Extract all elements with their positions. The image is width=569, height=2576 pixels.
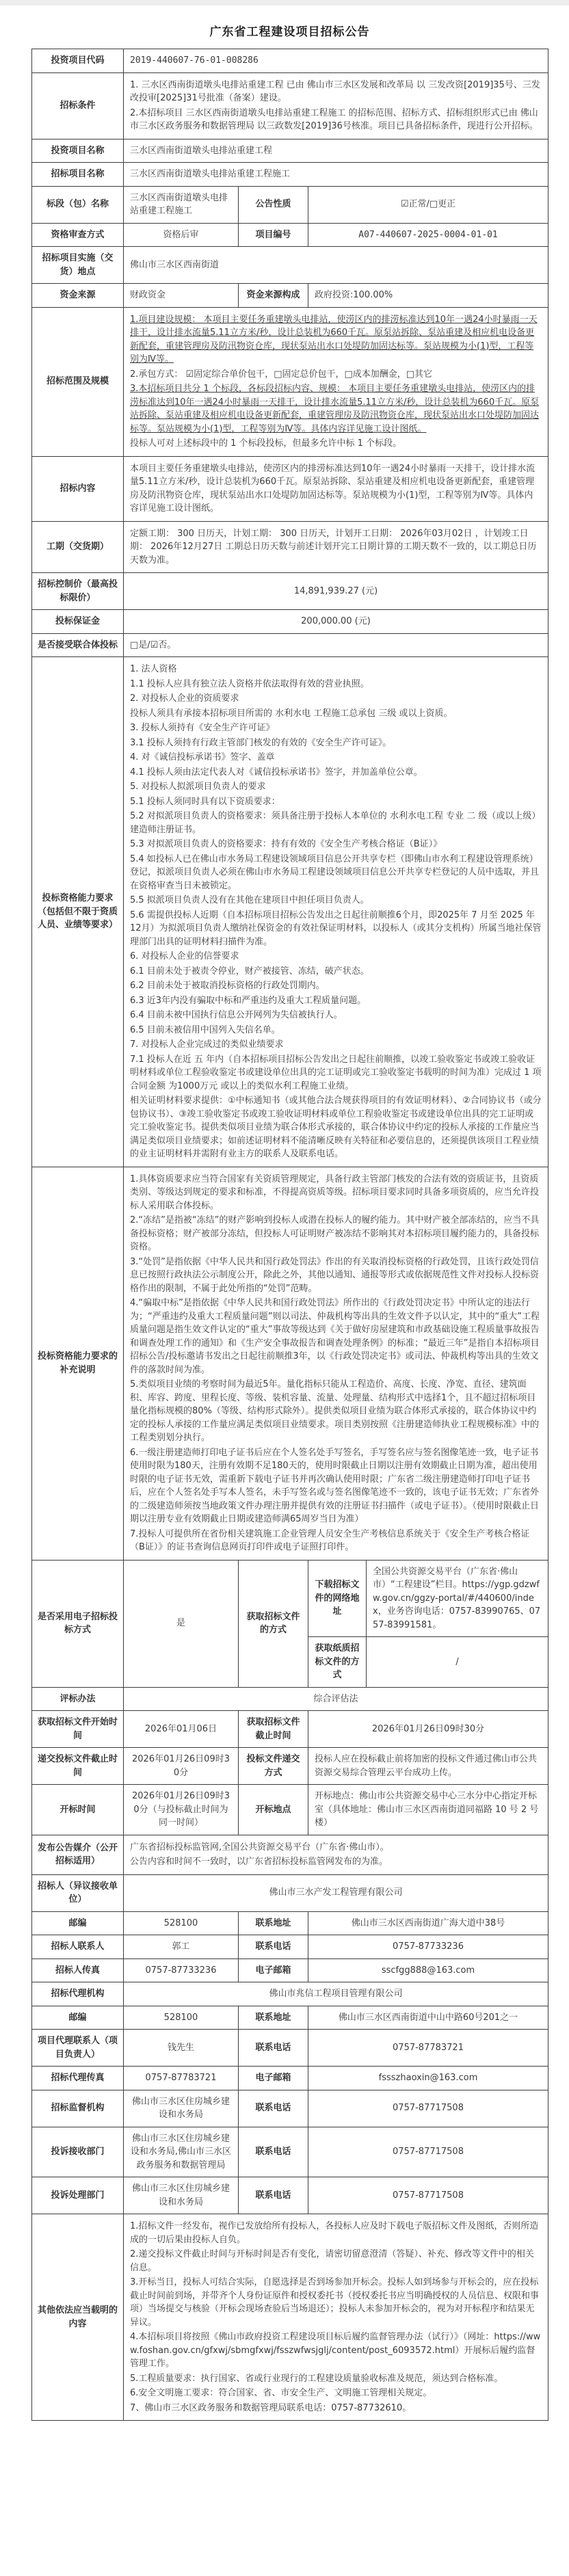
table-row: 招标人联系人 郭工 联系电话 0757-87733236 <box>32 1935 548 1959</box>
fund-composition-value: 政府投资:100.00% <box>308 284 548 308</box>
row-label: 获取招标文件的方式 <box>239 1560 308 1687</box>
tenderer-postcode-value: 528100 <box>124 1911 239 1935</box>
tender-project-name-value: 三水区西南街道墩头电排站重建工程施工 <box>124 163 548 187</box>
table-row: 是否接受联合体投标 □是/☑否。 <box>32 633 548 657</box>
row-label: 标段（包）名称 <box>32 186 124 223</box>
project-code-value: 2019-440607-76-01-008286 <box>124 49 548 73</box>
row-label: 下载招标文件的网络地址 <box>308 1560 367 1637</box>
table-row: 邮编 528100 联系地址 佛山市三水区西南街道中山中路60号201之一 <box>32 2006 548 2030</box>
paragraph: 3.“处罚”是指依据《中华人民共和国行政处罚法》作出的有关取消投标资格的行政处罚… <box>130 1255 542 1297</box>
table-row: 招标内容 本项目主要任务重建墩头电排站，使涝区内的排涝标准达到10年一遇24小时… <box>32 456 548 521</box>
complaint-receive-phone-value: 0757-87717508 <box>308 2127 548 2177</box>
paragraph: 2.递交投标文件截止时间与开标时间是否有变化，请密切留意澄清（答疑）、补充、修改… <box>130 2247 542 2275</box>
table-row: 投资项目名称 三水区西南街道墩头电排站重建工程 <box>32 139 548 163</box>
paragraph: 6.1 目前未处于被责令停业，财产被接管、冻结，破产状态。 <box>130 964 542 979</box>
paragraph: 1. 三水区西南街道墩头电排站重建工程 已由 佛山市三水区发展和改革局 以 三发… <box>130 78 542 106</box>
table-row: 其他依法应当载明的内容 1.招标文件一经发布，视作已发放给所有投标人，各投标人应… <box>32 2214 548 2421</box>
row-label: 开标地点 <box>239 1785 308 1835</box>
table-row: 招标范围及规模 1.项目建设规模： 本项目主要任务重建墩头电排站，使涝区内的排涝… <box>32 307 548 456</box>
paragraph: 1.项目建设规模： 本项目主要任务重建墩头电排站，使涝区内的排涝标准达到10年一… <box>130 313 542 367</box>
row-label: 公告性质 <box>239 186 308 223</box>
qualification-requirements-content: 1. 法人资格1.1 投标人应具有独立法人资格并依法取得有效的营业执照。2. 对… <box>124 657 548 1167</box>
row-label: 资金来源构成 <box>239 284 308 308</box>
row-label: 电子邮箱 <box>239 2067 308 2090</box>
table-row: 递交投标文件截止时间 2026年01月26日09时30分 投标文件递交方式 投标… <box>32 1748 548 1785</box>
row-label: 投诉处理部门 <box>32 2177 124 2214</box>
table-row: 招标人（异议接收单位） 佛山市三水产发工程管理有限公司 <box>32 1874 548 1911</box>
paragraph: 2. 对投标人企业的资质要求 <box>130 691 542 706</box>
page-top-strip <box>0 0 569 5</box>
paragraph: 5.3 对拟派项目负责人的资格要求：持有有效的《安全生产考核合格证（B证）》 <box>130 837 542 852</box>
row-label: 获取招标文件截止时间 <box>239 1711 308 1748</box>
paragraph: 5.5 拟派项目负责人没有在其他在建项目中担任项目负责人。 <box>130 893 542 908</box>
agency-email-value: fssszhaoxin@163.com <box>308 2067 548 2090</box>
row-label: 投标保证金 <box>32 610 124 634</box>
row-label: 招标项目名称 <box>32 163 124 187</box>
paragraph: 1. 法人资格 <box>130 662 542 677</box>
paragraph: 3.本招标项目共分 1 个标段，各标段招标内容、规模： 本项目主要任务重建墩头电… <box>130 382 542 436</box>
consortium-value: □是/☑否。 <box>124 633 548 657</box>
table-row: 招标控制价（最高投标限价） 14,891,939.27 (元) <box>32 573 548 610</box>
paragraph: 5.类似项目业绩的考察时间为最近5年。量化指标只能从工程造价、高度、长度、净宽、… <box>130 1377 542 1446</box>
table-row: 投资项目代码 2019-440607-76-01-008286 <box>32 49 548 73</box>
table-row: 投诉接收部门 佛山市三水区住房城乡建设和水务局,佛山市三水区政务服务和数据管理局… <box>32 2127 548 2177</box>
announcement-nature-value: ☑正常/□更正 <box>308 186 548 223</box>
row-label: 联系电话 <box>239 2127 308 2177</box>
row-label: 招标内容 <box>32 456 124 521</box>
section-name-value: 三水区西南街道墩头电排站重建工程施工 <box>124 186 239 223</box>
table-row: 资金来源 财政资金 资金来源构成 政府投资:100.00% <box>32 284 548 308</box>
paper-document-value: / <box>367 1637 548 1688</box>
row-label: 发布公告媒介（公开招标适用） <box>32 1835 124 1874</box>
announcement-table: 投资项目代码 2019-440607-76-01-008286 招标条件 1. … <box>31 49 548 2421</box>
row-label: 招标代理传真 <box>32 2067 124 2090</box>
table-row: 发布公告媒介（公开招标适用） 广东省招标投标监管网,全国公共资源交易平台（广东省… <box>32 1835 548 1874</box>
paragraph: 投标人须具有承接本招标项目所需的 水利水电 工程施工总承包 三级 或以上资质。 <box>130 706 542 721</box>
row-label: 招标人传真 <box>32 1958 124 1982</box>
agency-postcode-value: 528100 <box>124 2006 239 2030</box>
paragraph: 2.本招标项目 三水区西南街道墩头电排站重建工程施工 的招标范围、招标方式、招标… <box>130 106 542 134</box>
row-label: 联系电话 <box>239 1935 308 1959</box>
paragraph: 4.“骗取中标”是指依据《中华人民共和国行政处罚法》所作出的《行政处罚决定书》中… <box>130 1296 542 1377</box>
opening-time-value: 2026年01月26日09时30分（与投标截止时间为同一时间） <box>124 1785 239 1835</box>
row-label: 招标范围及规模 <box>32 307 124 456</box>
other-content: 1.招标文件一经发布，视作已发放给所有投标人，各投标人应及时下载电子版招标文件及… <box>124 2214 548 2421</box>
paragraph: 相关证明材料要求提供：①中标通知书（或其他合法合规获得项目的有效证明材料）、②合… <box>130 1093 542 1162</box>
opening-place-value: 开标地点：佛山市公共资源交易中心三水分中心指定开标室（具体地址：佛山市三水区西南… <box>308 1785 548 1835</box>
tenderer-fax-value: 0757-87733236 <box>124 1958 239 1982</box>
qualification-review-value: 资格后审 <box>124 223 239 247</box>
paragraph: 6.2 目前未处于被取消投标资格的行政处罚期内。 <box>130 979 542 994</box>
row-label: 资金来源 <box>32 284 124 308</box>
paragraph: 公告内容和时间不一致时，以广东省招标投标监管网发布的为准。 <box>130 1855 542 1870</box>
paragraph: 5.1 投标人须同时具有以下资质要求： <box>130 795 542 810</box>
row-label: 投标资格能力要求（包括但不限于资质人员、业绩等要求） <box>32 657 124 1167</box>
paragraph: 1.1 投标人应具有独立法人资格并依法取得有效的营业执照。 <box>130 677 542 692</box>
table-row: 招标监督机构 佛山市三水区住房城乡建设和水务局 联系电话 0757-877175… <box>32 2090 548 2127</box>
table-row: 开标时间 2026年01月26日09时30分（与投标截止时间为同一时间） 开标地… <box>32 1785 548 1835</box>
table-row: 招标条件 1. 三水区西南街道墩头电排站重建工程 已由 佛山市三水区发展和改革局… <box>32 72 548 139</box>
paragraph: 7.1 投标人在近 五 年内（自本招标项目招标公告发出之日起往前顺推，以竣工验收… <box>130 1052 542 1094</box>
row-label: 招标条件 <box>32 72 124 139</box>
table-row: 邮编 528100 联系地址 佛山市三水区西南街道广海大道中38号 <box>32 1911 548 1935</box>
paragraph: 6.5 目前未被信用中国列入失信名单。 <box>130 1023 542 1038</box>
paragraph: 5. 对投标人拟派项目负责人的要求 <box>130 780 542 795</box>
doc-obtain-start-value: 2026年01月06日 <box>124 1711 239 1748</box>
page-title: 广东省工程建设项目招标公告 <box>31 22 548 39</box>
row-label: 投资项目代码 <box>32 49 124 73</box>
location-value: 佛山市三水区西南街道 <box>124 247 548 284</box>
complaint-handle-phone-value: 0757-87717508 <box>308 2177 548 2214</box>
row-label: 招标控制价（最高投标限价） <box>32 573 124 610</box>
table-row: 招标项目名称 三水区西南街道墩头电排站重建工程施工 <box>32 163 548 187</box>
bid-bond-value: 200,000.00 (元) <box>124 610 548 634</box>
row-label: 邮编 <box>32 2006 124 2030</box>
row-label: 招标人（异议接收单位） <box>32 1874 124 1911</box>
row-label: 招标项目实施（交货）地点 <box>32 247 124 284</box>
project-number-value: A07-440607-2025-0004-01-01 <box>308 223 548 247</box>
table-row: 评标办法 综合评估法 <box>32 1687 548 1711</box>
row-label: 招标代理机构 <box>32 1982 124 2006</box>
duration-content: 定额工期： 300 日历天，计划工期： 300 日历天，计划开工日期： 2026… <box>124 521 548 573</box>
agency-phone-value: 0757-87783721 <box>308 2030 548 2067</box>
table-row: 投标保证金 200,000.00 (元) <box>32 610 548 634</box>
table-row: 招标人传真 0757-87733236 电子邮箱 sscfgg888@163.c… <box>32 1958 548 1982</box>
paragraph: 1.具体资质要求应当符合国家有关资质管理规定，具备行政主管部门核发的合法有效的资… <box>130 1172 542 1214</box>
row-label: 工期（交货期） <box>32 521 124 573</box>
row-label: 评标办法 <box>32 1687 124 1711</box>
agency-fax-value: 0757-87783721 <box>124 2067 239 2090</box>
paragraph: 7. 对投标人企业完成过的类似业绩要求 <box>130 1037 542 1052</box>
paragraph: 3.开标当日，投标人可结合实际，自愿选择是否到场参加开标会。投标人如到场参与开标… <box>130 2275 542 2330</box>
electronic-bidding-value: 是 <box>124 1560 239 1687</box>
tenderer-address-value: 佛山市三水区西南街道广海大道中38号 <box>308 1911 548 1935</box>
table-row: 标段（包）名称 三水区西南街道墩头电排站重建工程施工 公告性质 ☑正常/□更正 <box>32 186 548 223</box>
paragraph: 投标人可对上述标段中的 1 个标段投标，但最多允许中标 1 个标段。 <box>130 436 542 451</box>
paragraph: 6.安全文明施工要求：符合国家、省、市安全生产、文明施工管理相关规定。 <box>130 2386 542 2401</box>
table-row: 招标代理机构 佛山市兆信工程项目管理有限公司 <box>32 1982 548 2006</box>
agency-contact-value: 钱先生 <box>124 2030 239 2067</box>
paragraph: 3.1 投标人须持有行政主管部门核发的有效的《安全生产许可证》。 <box>130 736 542 751</box>
table-row: 项目代理联系人（项目负责人） 钱先生 联系电话 0757-87783721 <box>32 2030 548 2067</box>
row-label: 联系电话 <box>239 2090 308 2127</box>
paragraph: 7.投标人可提供所在省份相关建筑施工企业管理人员安全生产考核信息系统关于《安全生… <box>130 1527 542 1555</box>
row-label: 递交投标文件截止时间 <box>32 1748 124 1785</box>
tender-scope-content: 1.项目建设规模： 本项目主要任务重建墩头电排站，使涝区内的排涝标准达到10年一… <box>124 307 548 456</box>
paragraph: 广东省招标投标监管网,全国公共资源交易平台（广东省·佛山市）。 <box>130 1840 542 1855</box>
row-label: 投诉接收部门 <box>32 2127 124 2177</box>
paragraph: 6.3 近3年内没有骗取中标和严重违约及重大工程质量问题。 <box>130 994 542 1009</box>
row-label: 项目编号 <box>239 223 308 247</box>
invest-project-name-value: 三水区西南街道墩头电排站重建工程 <box>124 139 548 163</box>
paragraph: 7、佛山市三水区政务服务和数据管理局联系电话：0757-87732610。 <box>130 2401 542 2416</box>
row-label: 其他依法应当载明的内容 <box>32 2214 124 2421</box>
table-row: 投诉处理部门 佛山市三水区住房城乡建设和水务局 联系电话 0757-877175… <box>32 2177 548 2214</box>
paragraph: 6.一级注册建造师打印电子证书后应在个人签名处手写签名，手写签名应与签名图像笔迹… <box>130 1446 542 1527</box>
paragraph: 5.6 需提供投标人近期（自本招标项目招标公告发出之日起往前顺推6个月，即202… <box>130 908 542 950</box>
row-label: 招标监督机构 <box>32 2090 124 2127</box>
paragraph: 5.2 对拟派项目负责人的资格要求：须具备注册于投标人本单位的 水利水电工程 专… <box>130 809 542 837</box>
table-row: 投标资格能力要求的补充说明 1.具体资质要求应当符合国家有关资质管理规定，具备行… <box>32 1167 548 1560</box>
tender-content-content: 本项目主要任务重建墩头电排站，使涝区内的排涝标准达到10年一遇24小时暴雨一天排… <box>124 456 548 521</box>
table-row: 资格审查方式 资格后审 项目编号 A07-440607-2025-0004-01… <box>32 223 548 247</box>
row-label: 联系地址 <box>239 1911 308 1935</box>
row-label: 投标文件递交方式 <box>239 1748 308 1785</box>
row-label: 是否采用电子招标投标方式 <box>32 1560 124 1687</box>
paragraph: 4. 对《诚信投标承诺书》签字、盖章 <box>130 750 542 765</box>
table-row: 工期（交货期） 定额工期： 300 日历天，计划工期： 300 日历天，计划开工… <box>32 521 548 573</box>
table-row: 获取招标文件开始时间 2026年01月06日 获取招标文件截止时间 2026年0… <box>32 1711 548 1748</box>
table-row: 投标资格能力要求（包括但不限于资质人员、业绩等要求） 1. 法人资格1.1 投标… <box>32 657 548 1167</box>
agency-address-value: 佛山市三水区西南街道中山中路60号201之一 <box>308 2006 548 2030</box>
paragraph: 2.承包方式： ☑固定综合单价包干，□固定总价包干，□成本加酬金，□其它 <box>130 367 542 382</box>
row-label: 联系地址 <box>239 2006 308 2030</box>
row-label: 投标资格能力要求的补充说明 <box>32 1167 124 1560</box>
paragraph: 定额工期： 300 日历天，计划工期： 300 日历天，计划开工日期： 2026… <box>130 527 542 568</box>
row-label: 招标人联系人 <box>32 1935 124 1959</box>
paragraph: 3. 投标人须持有《安全生产许可证》 <box>130 721 542 736</box>
qualification-notes-content: 1.具体资质要求应当符合国家有关资质管理规定，具备行政主管部门核发的合法有效的资… <box>124 1167 548 1560</box>
control-price-value: 14,891,939.27 (元) <box>124 573 548 610</box>
tender-announcement-document: 广东省工程建设项目招标公告 投资项目代码 2019-440607-76-01-0… <box>0 5 569 2441</box>
paragraph: 本项目主要任务重建墩头电排站，使涝区内的排涝标准达到10年一遇24小时暴雨一天排… <box>130 462 542 516</box>
paragraph: 5.4 如投标人已在佛山市水务局工程建设领域项目信息公开共享专栏（即佛山市水利工… <box>130 852 542 894</box>
tenderer-phone-value: 0757-87733236 <box>308 1935 548 1959</box>
row-label: 获取招标文件开始时间 <box>32 1711 124 1748</box>
submission-method-value: 投标人应在投标截止前将加密的投标文件通过佛山市公共资源交易综合管理云平台成功上传… <box>308 1748 548 1785</box>
row-label: 邮编 <box>32 1911 124 1935</box>
paragraph: 6.4 目前未被中国执行信息公开网列为失信被执行人。 <box>130 1008 542 1023</box>
row-label: 资格审查方式 <box>32 223 124 247</box>
complaint-receive-value: 佛山市三水区住房城乡建设和水务局,佛山市三水区政务服务和数据管理局 <box>124 2127 239 2177</box>
supervision-org-value: 佛山市三水区住房城乡建设和水务局 <box>124 2090 239 2127</box>
doc-obtain-end-value: 2026年01月26日09时30分 <box>308 1711 548 1748</box>
paragraph: 2.“冻结”是指被“冻结”的财产影响到投标人或潜在投标人的履约能力。其中财产被全… <box>130 1213 542 1255</box>
row-label: 开标时间 <box>32 1785 124 1835</box>
download-url-value: 全国公共资源交易平台（广东省·佛山市）“工程建设”栏目。https://ygp.… <box>367 1560 548 1637</box>
paragraph: 6. 对投标人企业的信誉要求 <box>130 949 542 964</box>
paragraph: 4.1 投标人须由法定代表人对《诚信投标承诺书》签字，并加盖单位公章。 <box>130 765 542 780</box>
fund-source-value: 财政资金 <box>124 284 239 308</box>
tender-conditions-content: 1. 三水区西南街道墩头电排站重建工程 已由 佛山市三水区发展和改革局 以 三发… <box>124 72 548 139</box>
row-label: 获取纸质招标文件的方式 <box>308 1637 367 1688</box>
paragraph: 4.本招标项目将按照《佛山市政府投资工程建设项目标后履约监督管理办法（试行）》（… <box>130 2330 542 2372</box>
row-label: 投资项目名称 <box>32 139 124 163</box>
announcement-media-content: 广东省招标投标监管网,全国公共资源交易平台（广东省·佛山市）。公告内容和时间不一… <box>124 1835 548 1874</box>
table-row: 招标项目实施（交货）地点 佛山市三水区西南街道 <box>32 247 548 284</box>
row-label: 项目代理联系人（项目负责人） <box>32 2030 124 2067</box>
paragraph: 5.工程质量要求：执行国家、省或行业现行的工程建设质量验收标准及规范，须达到合格… <box>130 2372 542 2387</box>
submission-deadline-value: 2026年01月26日09时30分 <box>124 1748 239 1785</box>
paragraph: 1.招标文件一经发布，视作已发放给所有投标人，各投标人应及时下载电子版招标文件及… <box>130 2219 542 2247</box>
table-row: 是否采用电子招标投标方式 是 获取招标文件的方式 下载招标文件的网络地址 全国公… <box>32 1560 548 1637</box>
supervision-phone-value: 0757-87717508 <box>308 2090 548 2127</box>
tenderer-email-value: sscfgg888@163.com <box>308 1958 548 1982</box>
row-label: 联系电话 <box>239 2030 308 2067</box>
row-label: 联系电话 <box>239 2177 308 2214</box>
row-label: 电子邮箱 <box>239 1958 308 1982</box>
row-label: 是否接受联合体投标 <box>32 633 124 657</box>
table-row: 招标代理传真 0757-87783721 电子邮箱 fssszhaoxin@16… <box>32 2067 548 2090</box>
complaint-handle-value: 佛山市三水区住房城乡建设和水务局 <box>124 2177 239 2214</box>
agency-name-value: 佛山市兆信工程项目管理有限公司 <box>124 1982 548 2006</box>
evaluation-method-value: 综合评估法 <box>124 1687 548 1711</box>
tenderer-contact-value: 郭工 <box>124 1935 239 1959</box>
tenderer-name-value: 佛山市三水产发工程管理有限公司 <box>124 1874 548 1911</box>
